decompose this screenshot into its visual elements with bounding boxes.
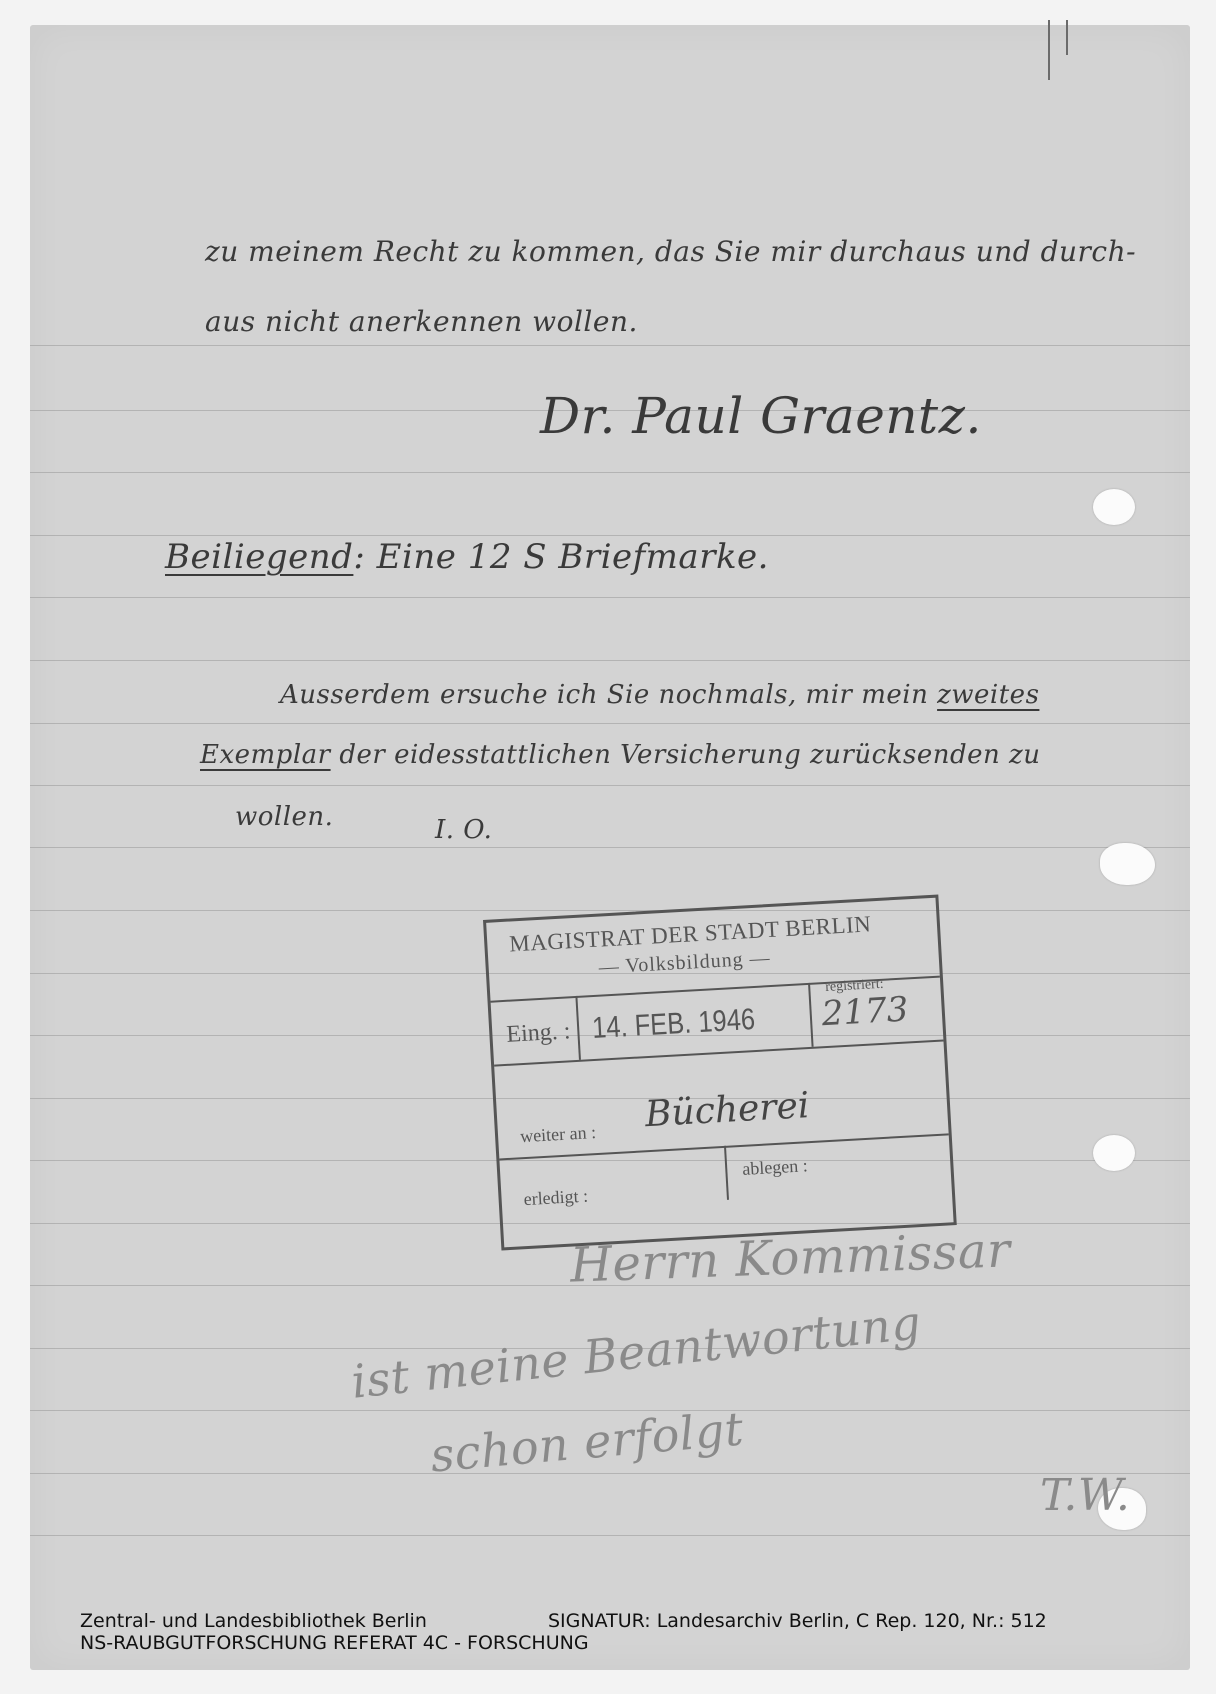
pencil-note-initials: T.W. <box>1040 1470 1130 1521</box>
postscript-text: der eidesstattlichen Versicherung zurück… <box>331 740 1041 770</box>
stamp-divider <box>575 996 581 1060</box>
ruled-line <box>30 847 1190 848</box>
ruled-line <box>30 535 1190 536</box>
forward-label: weiter an : <box>520 1122 597 1147</box>
ruled-line <box>30 472 1190 473</box>
postscript-text: Ausserdem ersuche ich Sie nochmals, mir … <box>280 680 937 710</box>
stamp-divider <box>724 1146 729 1200</box>
received-date: 14. FEB. 1946 <box>591 1003 756 1046</box>
letter-line: aus nicht anerkennen wollen. <box>205 305 638 338</box>
done-label: erledigt : <box>523 1186 589 1211</box>
paper-crease <box>1066 20 1068 55</box>
postscript-underlined: zweites <box>937 680 1039 710</box>
received-label: Eing. : <box>506 1018 571 1049</box>
paper-crease <box>1048 20 1050 80</box>
ruled-line <box>30 1535 1190 1536</box>
enclosure-text: : Eine 12 S Briefmarke. <box>353 537 769 577</box>
enclosure-line: Beiliegend: Eine 12 S Briefmarke. <box>165 537 769 577</box>
stamp-divider <box>808 983 814 1047</box>
ruled-line <box>30 597 1190 598</box>
enclosure-label: Beiliegend <box>165 537 353 577</box>
ruled-line <box>30 1473 1190 1474</box>
postscript-line: Ausserdem ersuche ich Sie nochmals, mir … <box>280 680 1039 710</box>
received-stamp: MAGISTRAT DER STADT BERLIN — Volksbildun… <box>483 895 957 1251</box>
punch-hole <box>1093 1135 1135 1171</box>
letter-line: zu meinem Recht zu kommen, das Sie mir d… <box>205 235 1136 268</box>
ruled-line <box>30 785 1190 786</box>
postscript-underlined: Exemplar <box>200 740 331 770</box>
letter-page: zu meinem Recht zu kommen, das Sie mir d… <box>30 25 1190 1670</box>
footer-institution: Zentral- und Landesbibliothek Berlin <box>80 1610 589 1632</box>
footer-department: NS-RAUBGUTFORSCHUNG REFERAT 4C - FORSCHU… <box>80 1632 589 1654</box>
archive-footer: Zentral- und Landesbibliothek Berlin SIG… <box>80 1610 589 1654</box>
ruled-line <box>30 660 1190 661</box>
punch-hole <box>1093 489 1135 525</box>
pencil-note-line: ist meine Beantwortung <box>349 1295 924 1409</box>
pencil-note-line: schon erfolgt <box>428 1401 746 1482</box>
ruled-line <box>30 345 1190 346</box>
footer-signature: SIGNATUR: Landesarchiv Berlin, C Rep. 12… <box>548 1610 1047 1632</box>
ruled-line <box>30 723 1190 724</box>
postscript-line: wollen. <box>235 802 333 832</box>
postscript-initials: I. O. <box>435 815 492 845</box>
stamp-department: — Volksbildung — <box>598 947 771 980</box>
ruled-line <box>30 910 1190 911</box>
forward-value: Bücherei <box>644 1085 810 1135</box>
signature: Dr. Paul Graentz. <box>540 387 982 445</box>
punch-hole <box>1100 843 1155 885</box>
registered-number: 2173 <box>821 989 910 1034</box>
ruled-line <box>30 1410 1190 1411</box>
file-label: ablegen : <box>742 1155 809 1180</box>
postscript-line: Exemplar der eidesstattlichen Versicheru… <box>200 740 1040 770</box>
